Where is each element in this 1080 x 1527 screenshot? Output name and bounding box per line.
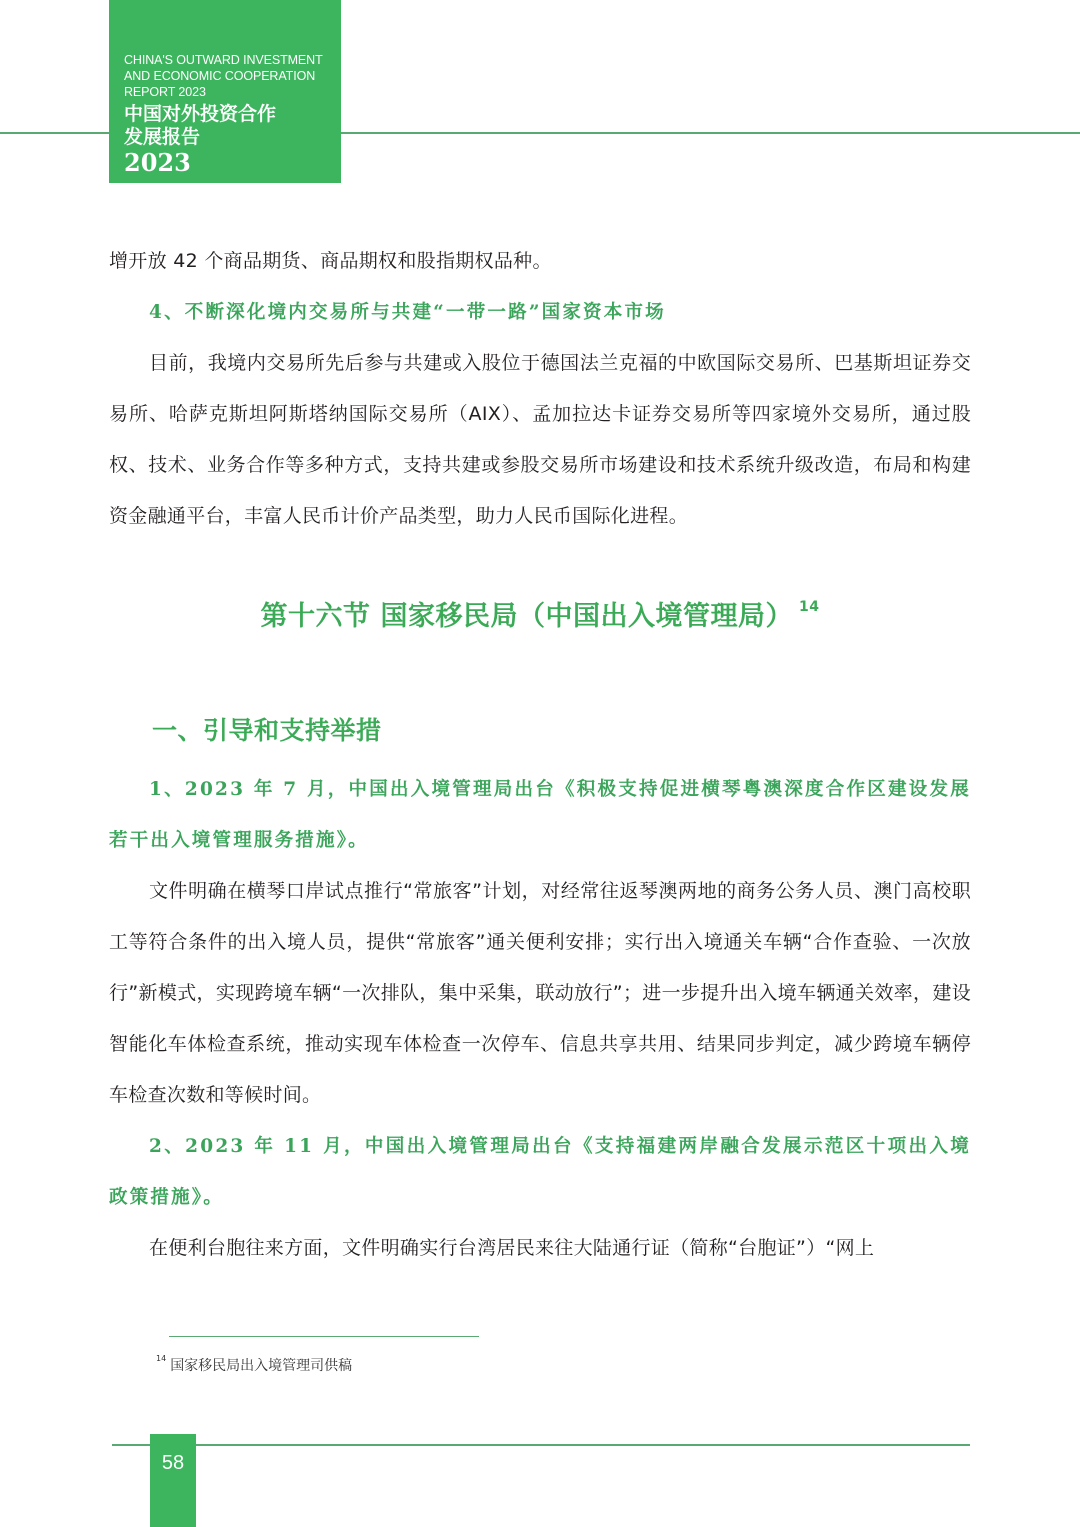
footnote-separator [169,1336,479,1337]
footnote-ref[interactable]: 14 [799,599,819,615]
footnote-number: 14 [156,1354,166,1363]
item-1-heading: 1、2023 年 7 月，中国出入境管理局出台《积极支持促进横琴粤澳深度合作区建… [109,764,971,866]
section-title: 第十六节 国家移民局（中国出入境管理局）14 [109,594,971,633]
footer-rule [112,1444,970,1446]
item-2-paragraph: 在便利台胞往来方面，文件明确实行台湾居民来往大陆通行证（简称“台胞证”）“网上 [109,1223,971,1274]
english-title-line-3: REPORT 2023 [124,84,341,100]
english-title-line-1: CHINA'S OUTWARD INVESTMENT [124,52,341,68]
footnote: 14国家移民局出入境管理司供稿 [156,1355,352,1375]
continued-paragraph: 增开放 42 个商品期货、商品期权和股指期权品种。 [109,236,971,287]
measures-section: 1、2023 年 7 月，中国出入境管理局出台《积极支持促进横琴粤澳深度合作区建… [109,764,971,1274]
item-1-paragraph: 文件明确在横琴口岸试点推行“常旅客”计划，对经常往返琴澳两地的商务公务人员、澳门… [109,866,971,1121]
chinese-title-line-2: 发展报告 [124,126,341,149]
subsection-4-heading: 4、不断深化境内交易所与共建“一带一路”国家资本市场 [109,287,971,338]
section-title-text: 第十六节 国家移民局（中国出入境管理局） [261,601,793,632]
report-year: 2023 [124,150,341,176]
page-number-box: 58 [150,1434,196,1527]
capital-market-section: 增开放 42 个商品期货、商品期权和股指期权品种。 4、不断深化境内交易所与共建… [109,236,971,542]
footnote-text: 国家移民局出入境管理司供稿 [170,1358,352,1374]
chinese-title-line-1: 中国对外投资合作 [124,103,341,126]
subsection-4-paragraph: 目前，我境内交易所先后参与共建或入股位于德国法兰克福的中欧国际交易所、巴基斯坦证… [109,338,971,542]
report-title-banner: CHINA'S OUTWARD INVESTMENT AND ECONOMIC … [109,0,341,183]
part-heading: 一、引导和支持举措 [152,711,382,747]
english-title-line-2: AND ECONOMIC COOPERATION [124,68,341,84]
item-2-heading: 2、2023 年 11 月，中国出入境管理局出台《支持福建两岸融合发展示范区十项… [109,1121,971,1223]
page-number: 58 [162,1452,184,1474]
